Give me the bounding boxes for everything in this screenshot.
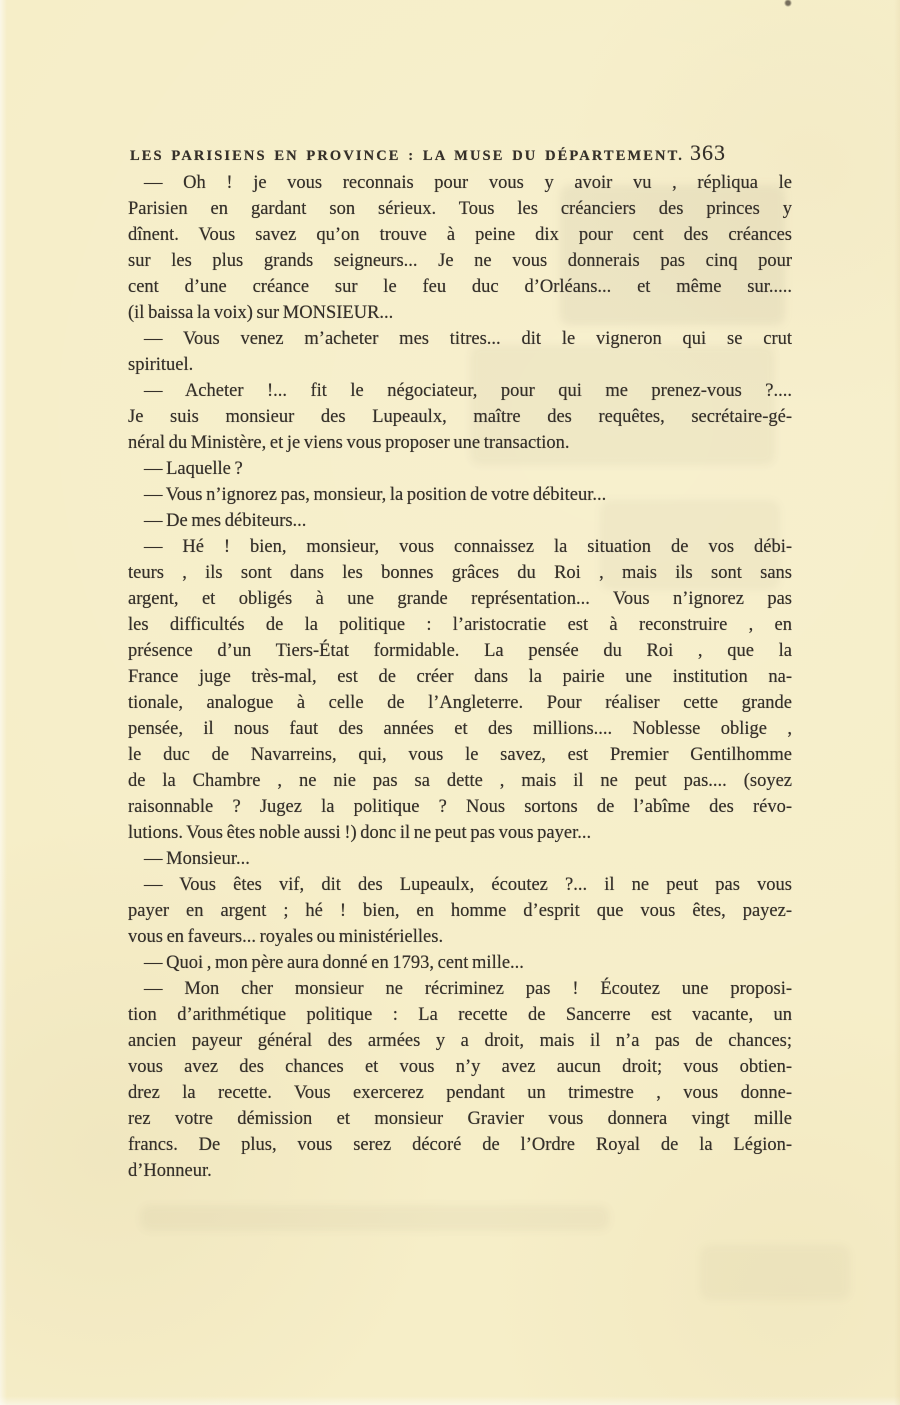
text-line: drez la recette. Vous exercerez pendant …	[128, 1080, 792, 1106]
text-line: — Mon cher monsieur ne récriminez pas ! …	[128, 976, 792, 1002]
text-line: teurs , ils sont dans les bonnes grâces …	[128, 560, 792, 586]
page-number: 363	[690, 140, 726, 166]
text-line: — Laquelle ?	[128, 456, 792, 482]
text-line: (il baissa la voix) sur MONSIEUR...	[128, 300, 792, 326]
text-line: francs. De plus, vous serez décoré de l’…	[128, 1132, 792, 1158]
text-line: vous avez des chances et vous n’y avez a…	[128, 1054, 792, 1080]
text-line: argent, et obligés à une grande représen…	[128, 586, 792, 612]
showthrough-smudge	[700, 1245, 850, 1300]
text-line: vous en faveurs... royales ou ministérie…	[128, 924, 792, 950]
running-head: LES PARISIENS EN PROVINCE : LA MUSE DU D…	[130, 140, 726, 166]
text-line: payer en argent ; hé ! bien, en homme d’…	[128, 898, 792, 924]
text-line: tion d’arithmétique politique : La recet…	[128, 1002, 792, 1028]
text-line: — Quoi , mon père aura donné en 1793, ce…	[128, 950, 792, 976]
text-line: cent d’une créance sur le feu duc d’Orlé…	[128, 274, 792, 300]
text-line: — Acheter !... fit le négociateur, pour …	[128, 378, 792, 404]
text-line: France juge très-mal, est de créer dans …	[128, 664, 792, 690]
text-block: — Oh ! je vous reconnais pour vous y avo…	[128, 170, 792, 1184]
text-line: tionale, analogue à celle de l’Angleterr…	[128, 690, 792, 716]
text-line: sur les plus grands seigneurs... Je ne v…	[128, 248, 792, 274]
text-line: — Vous venez m’acheter mes titres... dit…	[128, 326, 792, 352]
text-line: raisonnable ? Jugez la politique ? Nous …	[128, 794, 792, 820]
text-line: les difficultés de la politique : l’aris…	[128, 612, 792, 638]
text-line: lutions. Vous êtes noble aussi !) donc i…	[128, 820, 792, 846]
text-line: présence d’un Tiers-État formidable. La …	[128, 638, 792, 664]
text-line: rez votre démission et monsieur Gravier …	[128, 1106, 792, 1132]
running-head-title: LES PARISIENS EN PROVINCE : LA MUSE DU D…	[130, 148, 684, 165]
text-line: spirituel.	[128, 352, 792, 378]
text-line: — Vous êtes vif, dit des Lupeaulx, écout…	[128, 872, 792, 898]
text-line: — Oh ! je vous reconnais pour vous y avo…	[128, 170, 792, 196]
text-line: de la Chambre , ne nie pas sa dette , ma…	[128, 768, 792, 794]
showthrough-smudge	[140, 1205, 610, 1231]
text-line: — De mes débiteurs...	[128, 508, 792, 534]
text-line: le duc de Navarreins, qui, vous le savez…	[128, 742, 792, 768]
text-line: dînent. Vous savez qu’on trouve à peine …	[128, 222, 792, 248]
text-line: — Monsieur...	[128, 846, 792, 872]
text-line: — Vous n’ignorez pas, monsieur, la posit…	[128, 482, 792, 508]
text-line: — Hé ! bien, monsieur, vous connaissez l…	[128, 534, 792, 560]
scanned-book-page: LES PARISIENS EN PROVINCE : LA MUSE DU D…	[0, 0, 900, 1405]
text-line: Je suis monsieur des Lupeaulx, maître de…	[128, 404, 792, 430]
text-line: d’Honneur.	[128, 1158, 792, 1184]
text-line: néral du Ministère, et je viens vous pro…	[128, 430, 792, 456]
text-line: ancien payeur général des armées y a dro…	[128, 1028, 792, 1054]
text-line: pensée, il nous faut des années et des m…	[128, 716, 792, 742]
text-line: Parisien en gardant son sérieux. Tous le…	[128, 196, 792, 222]
